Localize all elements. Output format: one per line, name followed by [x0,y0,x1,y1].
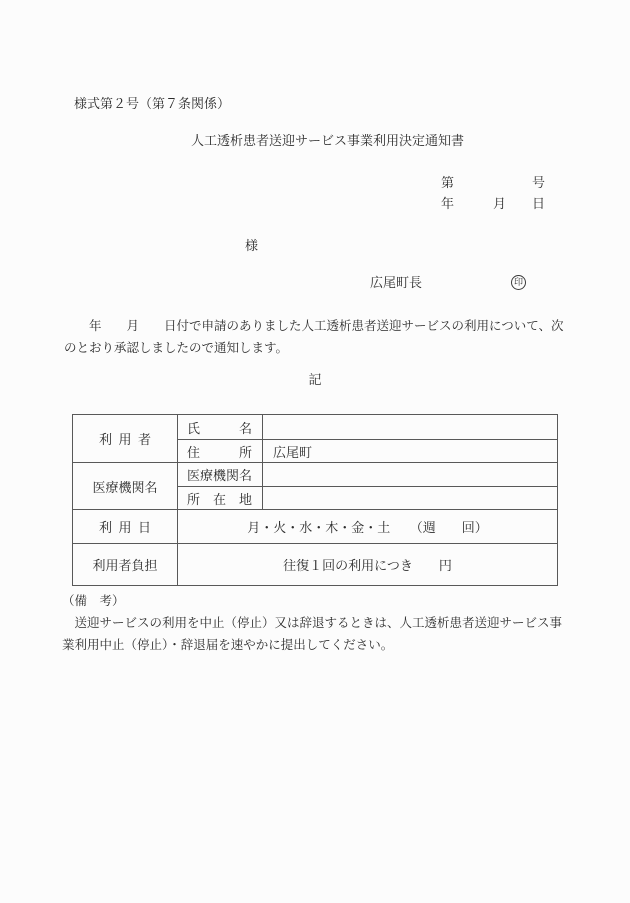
form-id-note: 様式第２号（第７条関係） [74,93,230,114]
body-line-1: 年 月 日付で申請のありました人工透析患者送迎サービスの利用について、次 [64,315,564,337]
record-heading: 記 [0,369,630,390]
remarks-line-2: 業利用中止（停止）・辞退届を速やかに提出してください。 [62,634,562,656]
location-field-label: 所 在 地 [178,487,263,510]
body-paragraph: 年 月 日付で申請のありました人工透析患者送迎サービスの利用について、次 のとお… [64,315,564,359]
doc-number-line: 第 号 [441,172,545,193]
location-field-value [263,487,557,510]
name-field-value [263,415,557,440]
document-title: 人工透析患者送迎サービス事業利用決定通知書 [191,130,464,151]
remarks-section: （備 考） 送迎サービスの利用を中止（停止）又は辞退するときは、人工透析患者送迎… [62,590,562,656]
use-day-value: 月・火・水・木・金・土 （週 回） [178,510,557,544]
sender-title: 広尾町長 [370,272,422,293]
doc-number-block: 第 号 年 月 日 [441,172,545,214]
medical-institution-group-label: 医療機関名 [73,463,178,510]
address-field-value: 広尾町 [263,440,557,463]
address-field-label: 住 所 [178,440,263,463]
seal-mark-icon: 印 [511,275,526,290]
user-cost-label: 利用者負担 [73,544,178,585]
use-day-label: 利 用 日 [73,510,178,544]
institution-name-value [263,463,557,487]
body-line-2: のとおり承認しましたので通知します。 [64,337,564,359]
document-page: 様式第２号（第７条関係） 人工透析患者送迎サービス事業利用決定通知書 第 号 年… [0,0,630,903]
name-field-label: 氏 名 [178,415,263,440]
addressee-honorific: 様 [245,235,258,256]
remarks-heading: （備 考） [62,590,562,612]
user-group-label: 利 用 者 [73,415,178,463]
user-cost-value: 往復１回の利用につき 円 [178,544,557,585]
decision-table: 利 用 者 氏 名 住 所 広尾町 医療機関名 医療機関名 所 在 地 利 用 … [72,414,558,586]
institution-name-label: 医療機関名 [178,463,263,487]
doc-date-line: 年 月 日 [441,193,545,214]
remarks-line-1: 送迎サービスの利用を中止（停止）又は辞退するときは、人工透析患者送迎サービス事 [62,612,562,634]
